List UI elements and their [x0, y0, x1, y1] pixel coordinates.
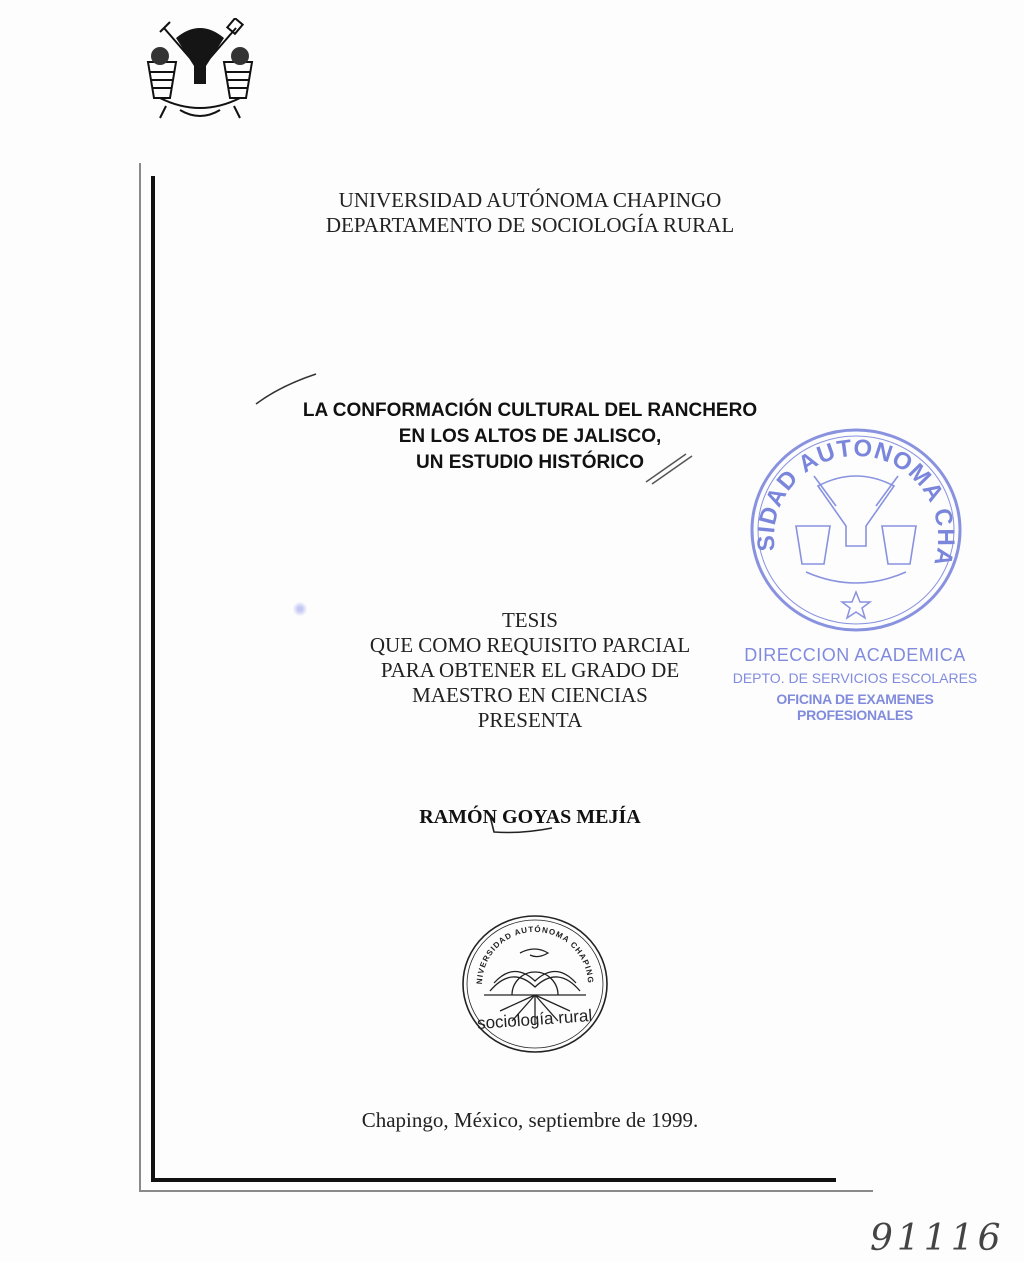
university-emblem-icon: [140, 18, 260, 123]
official-stamp-icon: UNIVERSIDAD AUTONOMA CHAPINGO: [748, 426, 964, 636]
frame-line-outer-left: [139, 163, 141, 1191]
place-date: Chapingo, México, septiembre de 1999.: [300, 1108, 760, 1133]
institution-name: UNIVERSIDAD AUTÓNOMA CHAPINGO: [250, 188, 810, 213]
title-line-2: EN LOS ALTOS DE JALISCO,: [250, 424, 810, 450]
stamp-line-direccion: DIRECCION ACADEMICA: [720, 645, 990, 666]
handwritten-catalog-number: 91116: [870, 1218, 1005, 1259]
institution-header: UNIVERSIDAD AUTÓNOMA CHAPINGO DEPARTAMEN…: [250, 188, 810, 238]
thesis-requirement: TESIS QUE COMO REQUISITO PARCIAL PARA OB…: [340, 608, 720, 733]
sociologia-rural-seal-icon: UNIVERSIDAD AUTÓNOMA CHAPINGO sociología…: [460, 913, 610, 1055]
frame-line-inner-left: [151, 176, 155, 1182]
thesis-line-5: PRESENTA: [340, 708, 720, 733]
department-name: DEPARTAMENTO DE SOCIOLOGÍA RURAL: [250, 213, 810, 238]
stamp-line-depto: DEPTO. DE SERVICIOS ESCOLARES: [720, 670, 990, 686]
handwritten-underline-icon: [486, 812, 556, 836]
stamp-line-oficina: OFICINA DE EXAMENES PROFESIONALES: [720, 691, 990, 723]
svg-text:sociología rural: sociología rural: [476, 1006, 592, 1033]
thesis-title: LA CONFORMACIÓN CULTURAL DEL RANCHERO EN…: [250, 398, 810, 476]
thesis-line-3: PARA OBTENER EL GRADO DE: [340, 658, 720, 683]
title-line-3: UN ESTUDIO HISTÓRICO: [250, 450, 810, 476]
thesis-line-1: TESIS: [340, 608, 720, 633]
ink-speck: [292, 602, 308, 616]
thesis-line-2: QUE COMO REQUISITO PARCIAL: [340, 633, 720, 658]
frame-line-inner-bottom: [151, 1178, 836, 1182]
svg-text:UNIVERSIDAD AUTONOMA CHAPINGO: UNIVERSIDAD AUTONOMA CHAPINGO: [748, 426, 959, 569]
title-line-1: LA CONFORMACIÓN CULTURAL DEL RANCHERO: [250, 398, 810, 424]
thesis-line-4: MAESTRO EN CIENCIAS: [340, 683, 720, 708]
frame-line-outer-bottom: [139, 1190, 873, 1192]
